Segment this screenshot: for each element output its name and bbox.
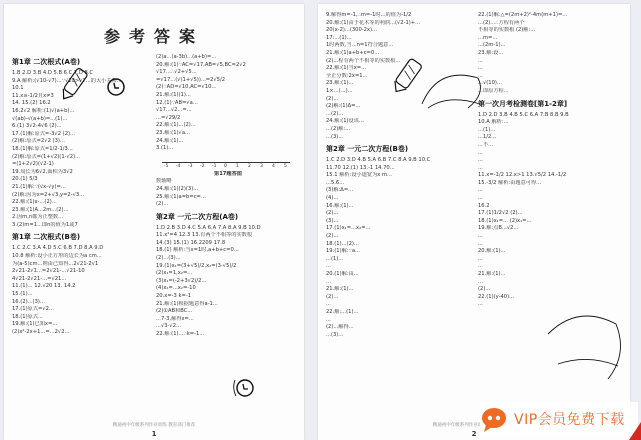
answer-line: ... bbox=[478, 241, 626, 249]
left-column-2: (2)a...(a-3b)...(a+b)=...20.解:(1)∵AC=√17… bbox=[156, 54, 300, 414]
answer-line: 18.(1)原式... bbox=[12, 314, 152, 322]
answer-line: ...(1)... bbox=[326, 256, 474, 264]
answer-line: 22.解:(1)...∴k=-1... bbox=[156, 331, 300, 339]
page-title: 参考答案 bbox=[4, 24, 304, 47]
answer-line: 2√21-2√1...=2√21-...√21-10 bbox=[12, 268, 152, 276]
answer-line: 22.解:(1)x-...(2)... bbox=[12, 199, 152, 207]
answer-line: 21.解:(1)根据题意得a-1... bbox=[156, 301, 300, 309]
answer-line: 23.解:设... bbox=[478, 50, 626, 58]
answer-line: 不相等的实数根 (2)解:... bbox=[478, 27, 626, 35]
answer-line: ... bbox=[478, 187, 626, 195]
answer-line: 12.(1)∵AB=√a... bbox=[156, 100, 300, 108]
answer-line: ...(3)... bbox=[326, 332, 474, 340]
answer-line: 19.解:(1)已知x=... bbox=[12, 321, 152, 329]
answer-line: 11.x=-1/2 12.x>1 13.√5/2 14.-1/2 bbox=[478, 172, 626, 180]
answer-line: 21.解:(1)a+b+c=0... bbox=[326, 50, 474, 58]
answer-line: ... bbox=[478, 279, 626, 287]
answer-line: =(1+2√2)(√2-1) bbox=[12, 161, 152, 169]
answer-line: 17.(1)x₁=...x₂=... bbox=[326, 225, 474, 233]
answer-line: 15.-3/2 解析:由题意可得... bbox=[478, 180, 626, 188]
answer-line: 数轴略 bbox=[156, 178, 300, 186]
answer-line: 15.1 解析:设小道宽为x m... bbox=[326, 172, 474, 180]
answer-line: ...(2)解:... bbox=[326, 126, 474, 134]
answer-line: ...5.6... bbox=[326, 180, 474, 188]
answer-line: 11.70 12.(1) 13.-1 14.70... bbox=[326, 165, 474, 173]
chapter-heading: 第1章 二次根式(B卷) bbox=[12, 232, 152, 243]
answer-line: ... bbox=[478, 195, 626, 203]
answer-line: ...1/2... bbox=[478, 134, 626, 142]
right-column-2: 22.(1)解:△=(2m+2)²-4m(m+1)=......(2)...∴方… bbox=[478, 12, 626, 412]
answer-line: ...=√29/2 bbox=[156, 115, 300, 123]
answer-line: (2)x²-2x+1...=...2√2... bbox=[12, 329, 152, 337]
answer-line: (2)解:(1)Δ=... bbox=[326, 103, 474, 111]
answer-line: (2)... bbox=[156, 201, 300, 209]
answer-line: 19.(1)解:∵a... bbox=[326, 248, 474, 256]
answer-line: ...(2m-1)... bbox=[478, 42, 626, 50]
answer-line: 9.解得m=-1,∴m=-1时...的值为-1/2 bbox=[326, 12, 474, 20]
answer-line: 21.解:(1)... bbox=[478, 271, 626, 279]
answer-line: (2)...解得... bbox=[326, 324, 474, 332]
answer-line: (2)解:原式=(1+√2)(1-√2)... bbox=[12, 154, 152, 162]
answer-line: 18.(1) 解析:当x=1时,a+b+c=0... bbox=[156, 247, 300, 255]
chapter-heading: 第2章 一元二次方程(B卷) bbox=[326, 144, 474, 155]
answer-line: ... bbox=[478, 73, 626, 81]
answer-line: 24.解:(1)... bbox=[156, 138, 300, 146]
answer-line: (2)解:因为x=2+√3,y=2-√3... bbox=[12, 192, 152, 200]
answer-line: (4)... bbox=[326, 195, 474, 203]
answer-line: =√17...(√(1+√5))...=2√5/2 bbox=[156, 77, 300, 85]
answer-line: 23.解:(1)√a... bbox=[156, 130, 300, 138]
answer-line: 17.(1)1/2√2 (2)... bbox=[478, 210, 626, 218]
left-column-1: 第1章 二次根式(A卷)1.B 2.D 3.B 4.D 5.B 6.C 7.D … bbox=[12, 54, 152, 414]
answer-line: 10.1 bbox=[12, 85, 152, 93]
chapter-heading: 第一次月考检测卷[第1-2章] bbox=[478, 99, 626, 110]
answer-line: (2)... bbox=[326, 294, 474, 302]
answer-line: 23.解:(1)... bbox=[326, 80, 474, 88]
answer-line: (3)x₁=(-2+3√2)/2... bbox=[156, 278, 300, 286]
answer-line: 21.(1)解:∵(√x-√y)=... bbox=[12, 184, 152, 192]
answer-line: ...(2)... bbox=[326, 111, 474, 119]
answer-line: 21.解:(1)... bbox=[326, 286, 474, 294]
answer-line: ...7-3,解得x=... bbox=[156, 316, 300, 324]
answer-line: 22.(1)(y-40)... bbox=[478, 294, 626, 302]
answer-line: 20.解:(1)... bbox=[478, 248, 626, 256]
answer-line: ... bbox=[326, 317, 474, 325]
answer-line: ...(2)...∴方程有两个 bbox=[478, 20, 626, 28]
right-column-1: 9.解得m=-1,∴m=-1时...的值为-1/220.解:(1)由于花木等的利… bbox=[326, 12, 474, 412]
page-footer: 精通初中年级系列作业训练 教育部门推荐 bbox=[4, 422, 304, 428]
answer-line: 11.(1)... 12.√20 13. 14.2 bbox=[12, 283, 152, 291]
answer-line: ...不... bbox=[478, 142, 626, 150]
answer-line: (3)... bbox=[326, 218, 474, 226]
answer-line: 19.解:点B...√2... bbox=[478, 225, 626, 233]
answer-line: 1.C 2.D 3.D 4.B 5.A 6.B 7.C 8.A 9.B 10.C bbox=[326, 157, 474, 165]
vip-download-button[interactable]: VIP会员免费下载 bbox=[480, 402, 638, 436]
answer-line: ... bbox=[478, 263, 626, 271]
answer-line: 17.(1)解:原式=-3√2 (2)... bbox=[12, 131, 152, 139]
chat-bubble-icon bbox=[480, 405, 510, 433]
answer-line: (2)... bbox=[326, 96, 474, 104]
answer-line: 全正分数:2x=1... bbox=[326, 73, 474, 81]
answer-line: 22.解:(1)...(2)... bbox=[156, 122, 300, 130]
answer-line: 20.x=-3 k=-1 bbox=[156, 293, 300, 301]
figure-caption: 第17题答图 bbox=[156, 171, 300, 179]
answer-line: 21.解:(1)(1)... bbox=[156, 92, 300, 100]
answer-line: (2)... bbox=[326, 210, 474, 218]
answer-line: ... bbox=[478, 150, 626, 158]
answer-line: 14.(3) 15.(1) 16.2209 17.8 bbox=[156, 240, 300, 248]
vip-download-label: VIP会员免费下载 bbox=[514, 409, 625, 429]
answer-line: 22.解:...(1)... bbox=[326, 309, 474, 317]
answer-line: 11.x²=4 12.3 13.有两个不相等的实数根 bbox=[156, 232, 300, 240]
answer-line: ... bbox=[478, 58, 626, 66]
answer-line: 1时两数,当...n=1符合题意... bbox=[326, 42, 474, 50]
answer-line: (4)x₁=...x₂=-10 bbox=[156, 285, 300, 293]
answer-line: ... bbox=[478, 233, 626, 241]
answer-line: ... bbox=[478, 256, 626, 264]
answer-line: 2.因m,n都为正整数... bbox=[12, 214, 152, 222]
answer-line: 3.(1)... bbox=[156, 145, 300, 153]
answer-line: 10.A 解析:... bbox=[478, 119, 626, 127]
chapter-heading: 第1章 二次根式(A卷) bbox=[12, 57, 152, 68]
answer-line: 15.(1)... bbox=[12, 291, 152, 299]
answer-line: 1.D 2.D 3.B 4.B 5.C 6.A 7.B 8.B 9.B bbox=[478, 112, 626, 120]
answer-line: 1×...(...)... bbox=[326, 88, 474, 96]
answer-line: (2)... bbox=[478, 286, 626, 294]
answer-line: 22.(1)解:△=(2m+2)²-4m(m+1)=... bbox=[478, 12, 626, 20]
answer-line: 17.(1)原式=√2... bbox=[12, 306, 152, 314]
answer-line: 16.(2)...(3)... bbox=[12, 299, 152, 307]
answer-line: ... bbox=[478, 157, 626, 165]
answer-line: 1.D 2.B 3.D 4.C 5.A 6.A 7.A 8.A 9.B 10.D bbox=[156, 225, 300, 233]
answer-line: 17:...(1)... bbox=[326, 35, 474, 43]
answer-line: 16.解:(1)... bbox=[326, 203, 474, 211]
answer-line: (2)...程有两个不相等的实数根... bbox=[326, 58, 474, 66]
answer-line: 10.8 解析:设小正方形的边长为a cm... bbox=[12, 253, 152, 261]
answer-line: 20.解:(1)由于花木等的利润...(√2-1)+... bbox=[326, 20, 474, 28]
answer-line: 20(x-2)...(300-2x)... bbox=[326, 27, 474, 35]
answer-line: (2)解:原式=2√2 (3)... bbox=[12, 138, 152, 146]
answer-line: ... bbox=[478, 65, 626, 73]
answer-line: 20.(1)解:由... bbox=[326, 271, 474, 279]
answer-line: ...√(10)... bbox=[478, 80, 626, 88]
answer-line: 16.2√2 解析:(1)√(a+b)... bbox=[12, 108, 152, 116]
answer-line: (2)x₁=1,x₂=... bbox=[156, 270, 300, 278]
corner-ribbon bbox=[629, 422, 641, 440]
answer-line: 6.(1) 3√2-4√6 (2)... bbox=[12, 123, 152, 131]
answer-line: 14. 15.(2) 16.2 bbox=[12, 100, 152, 108]
answer-line: ...m=... bbox=[478, 35, 626, 43]
answer-line: (2)...(3)... bbox=[156, 255, 300, 263]
page-number: 1 bbox=[4, 430, 304, 438]
answer-line: 3.(2)m=1...即n的值为1或7 bbox=[12, 222, 152, 230]
answer-line: √(ab)-√(a+b)=...(1)... bbox=[12, 116, 152, 124]
answer-page-right: 9.解得m=-1,∴m=-1时...的值为-1/220.解:(1)由于花木等的利… bbox=[318, 4, 630, 440]
answer-line: 19.(1)x₁=(3+√5)/2,x₂=(3-√5)/2 bbox=[156, 263, 300, 271]
answer-line: (2)∵AD=√10,AC=√10... bbox=[156, 84, 300, 92]
answer-line: 16.2 bbox=[478, 203, 626, 211]
chapter-heading: 第2章 一元二次方程(A卷) bbox=[156, 212, 300, 223]
answer-line: 1.C 2.C 3.A 4.D 5.C 6.B 7.D 8.A 9.D bbox=[12, 245, 152, 253]
answer-line: 20.(1) 5/3 bbox=[12, 176, 152, 184]
answer-line: (2)... bbox=[326, 233, 474, 241]
answer-line: 20.解:(1)∵AC=√17,AB=√5,BC=2√2 bbox=[156, 62, 300, 70]
number-line-figure: -5-4-3-2-1012345 bbox=[156, 155, 300, 169]
answer-line: 1.B 2.D 3.B 4.D 5.B 6.C 7.D 8.C bbox=[12, 70, 152, 78]
answer-line: ...(1)... bbox=[478, 127, 626, 135]
answer-line: ... bbox=[478, 301, 626, 309]
answer-line: 18.(1)x₁=... (2)x₁=... bbox=[478, 218, 626, 226]
answer-line: ...(3)... bbox=[326, 134, 474, 142]
answer-line: 为(a-5)cm...则由已知得...2√21-2√1 bbox=[12, 261, 152, 269]
answer-line: ... bbox=[326, 263, 474, 271]
answer-page-left: 参考答案 第1章 二次根式(A卷)1.B 2.D 3.B 4.D 5.B 6.C… bbox=[4, 4, 304, 440]
answer-line: (2)a...(a-3b)...(a+b)=... bbox=[156, 54, 300, 62]
answer-line: ...即原方程... bbox=[478, 88, 626, 96]
answer-line: 19.周长为6√2,面积为3√2 bbox=[12, 169, 152, 177]
answer-line: (2)①AB和BC... bbox=[156, 308, 300, 316]
answer-line: 9.A 解析:(√10-√7)...∵√10>√7...的大小关系... bbox=[12, 78, 152, 86]
answer-line: ...√3-√2... bbox=[156, 323, 300, 331]
answer-line: 4√21-2√21-...=√21... bbox=[12, 276, 152, 284]
answer-line: 24.解:(1)设该... bbox=[326, 118, 474, 126]
answer-line: 18.(1)...(2)... bbox=[326, 241, 474, 249]
answer-line: 11.x≥-1/2且x≠3 bbox=[12, 93, 152, 101]
answer-line: 25.解:(1)a=b=c=... bbox=[156, 194, 300, 202]
answer-line: 24.解:(1)(2)(3)... bbox=[156, 186, 300, 194]
answer-line: ... bbox=[326, 279, 474, 287]
answer-line: √17...∴√2+√5... bbox=[156, 69, 300, 77]
answer-line: ... bbox=[326, 301, 474, 309]
answer-line: ... bbox=[478, 165, 626, 173]
answer-line: 18.(1)解:原式=1/2-1/3... bbox=[12, 146, 152, 154]
answer-line: 23.解:(1)A...2m...(2)... bbox=[12, 207, 152, 215]
answer-line: 22.解:(1)当x=... bbox=[326, 65, 474, 73]
answer-line: (3)解:Δ=... bbox=[326, 187, 474, 195]
answer-line: √17...√2...=... bbox=[156, 107, 300, 115]
